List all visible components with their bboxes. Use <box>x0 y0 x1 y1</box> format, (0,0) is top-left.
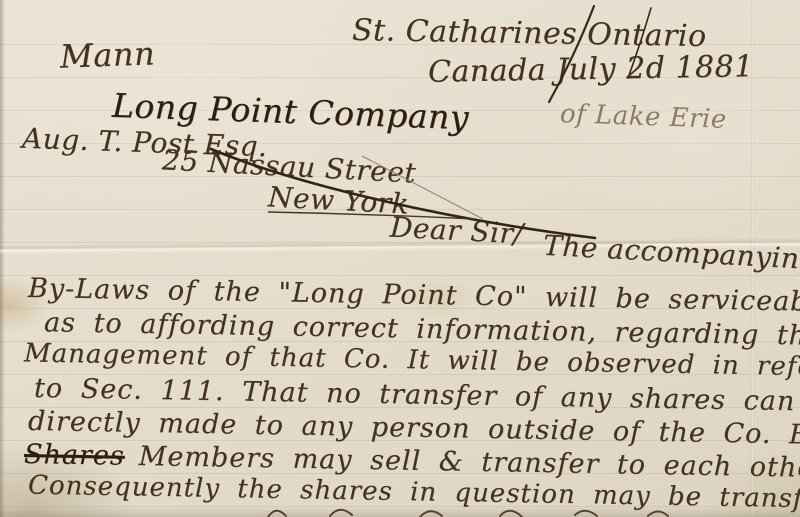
dateline-date: Canada July 2d 1881 <box>428 49 754 90</box>
paper-left-edge <box>0 0 5 517</box>
opening-phrase: The accompanying <box>542 229 800 276</box>
recipient-city-struck: New York <box>267 180 410 220</box>
recipient-company-suffix: of Lake Erie <box>560 99 728 135</box>
dateline-place: St. Catharines Ontario <box>352 13 707 54</box>
salutation: Dear Sir/ <box>389 211 524 251</box>
docket-note: Mann <box>59 34 155 75</box>
struck-word: Shares <box>24 439 125 472</box>
handwritten-letter-page: Mann St. Catharines Ontario Canada July … <box>0 0 800 517</box>
